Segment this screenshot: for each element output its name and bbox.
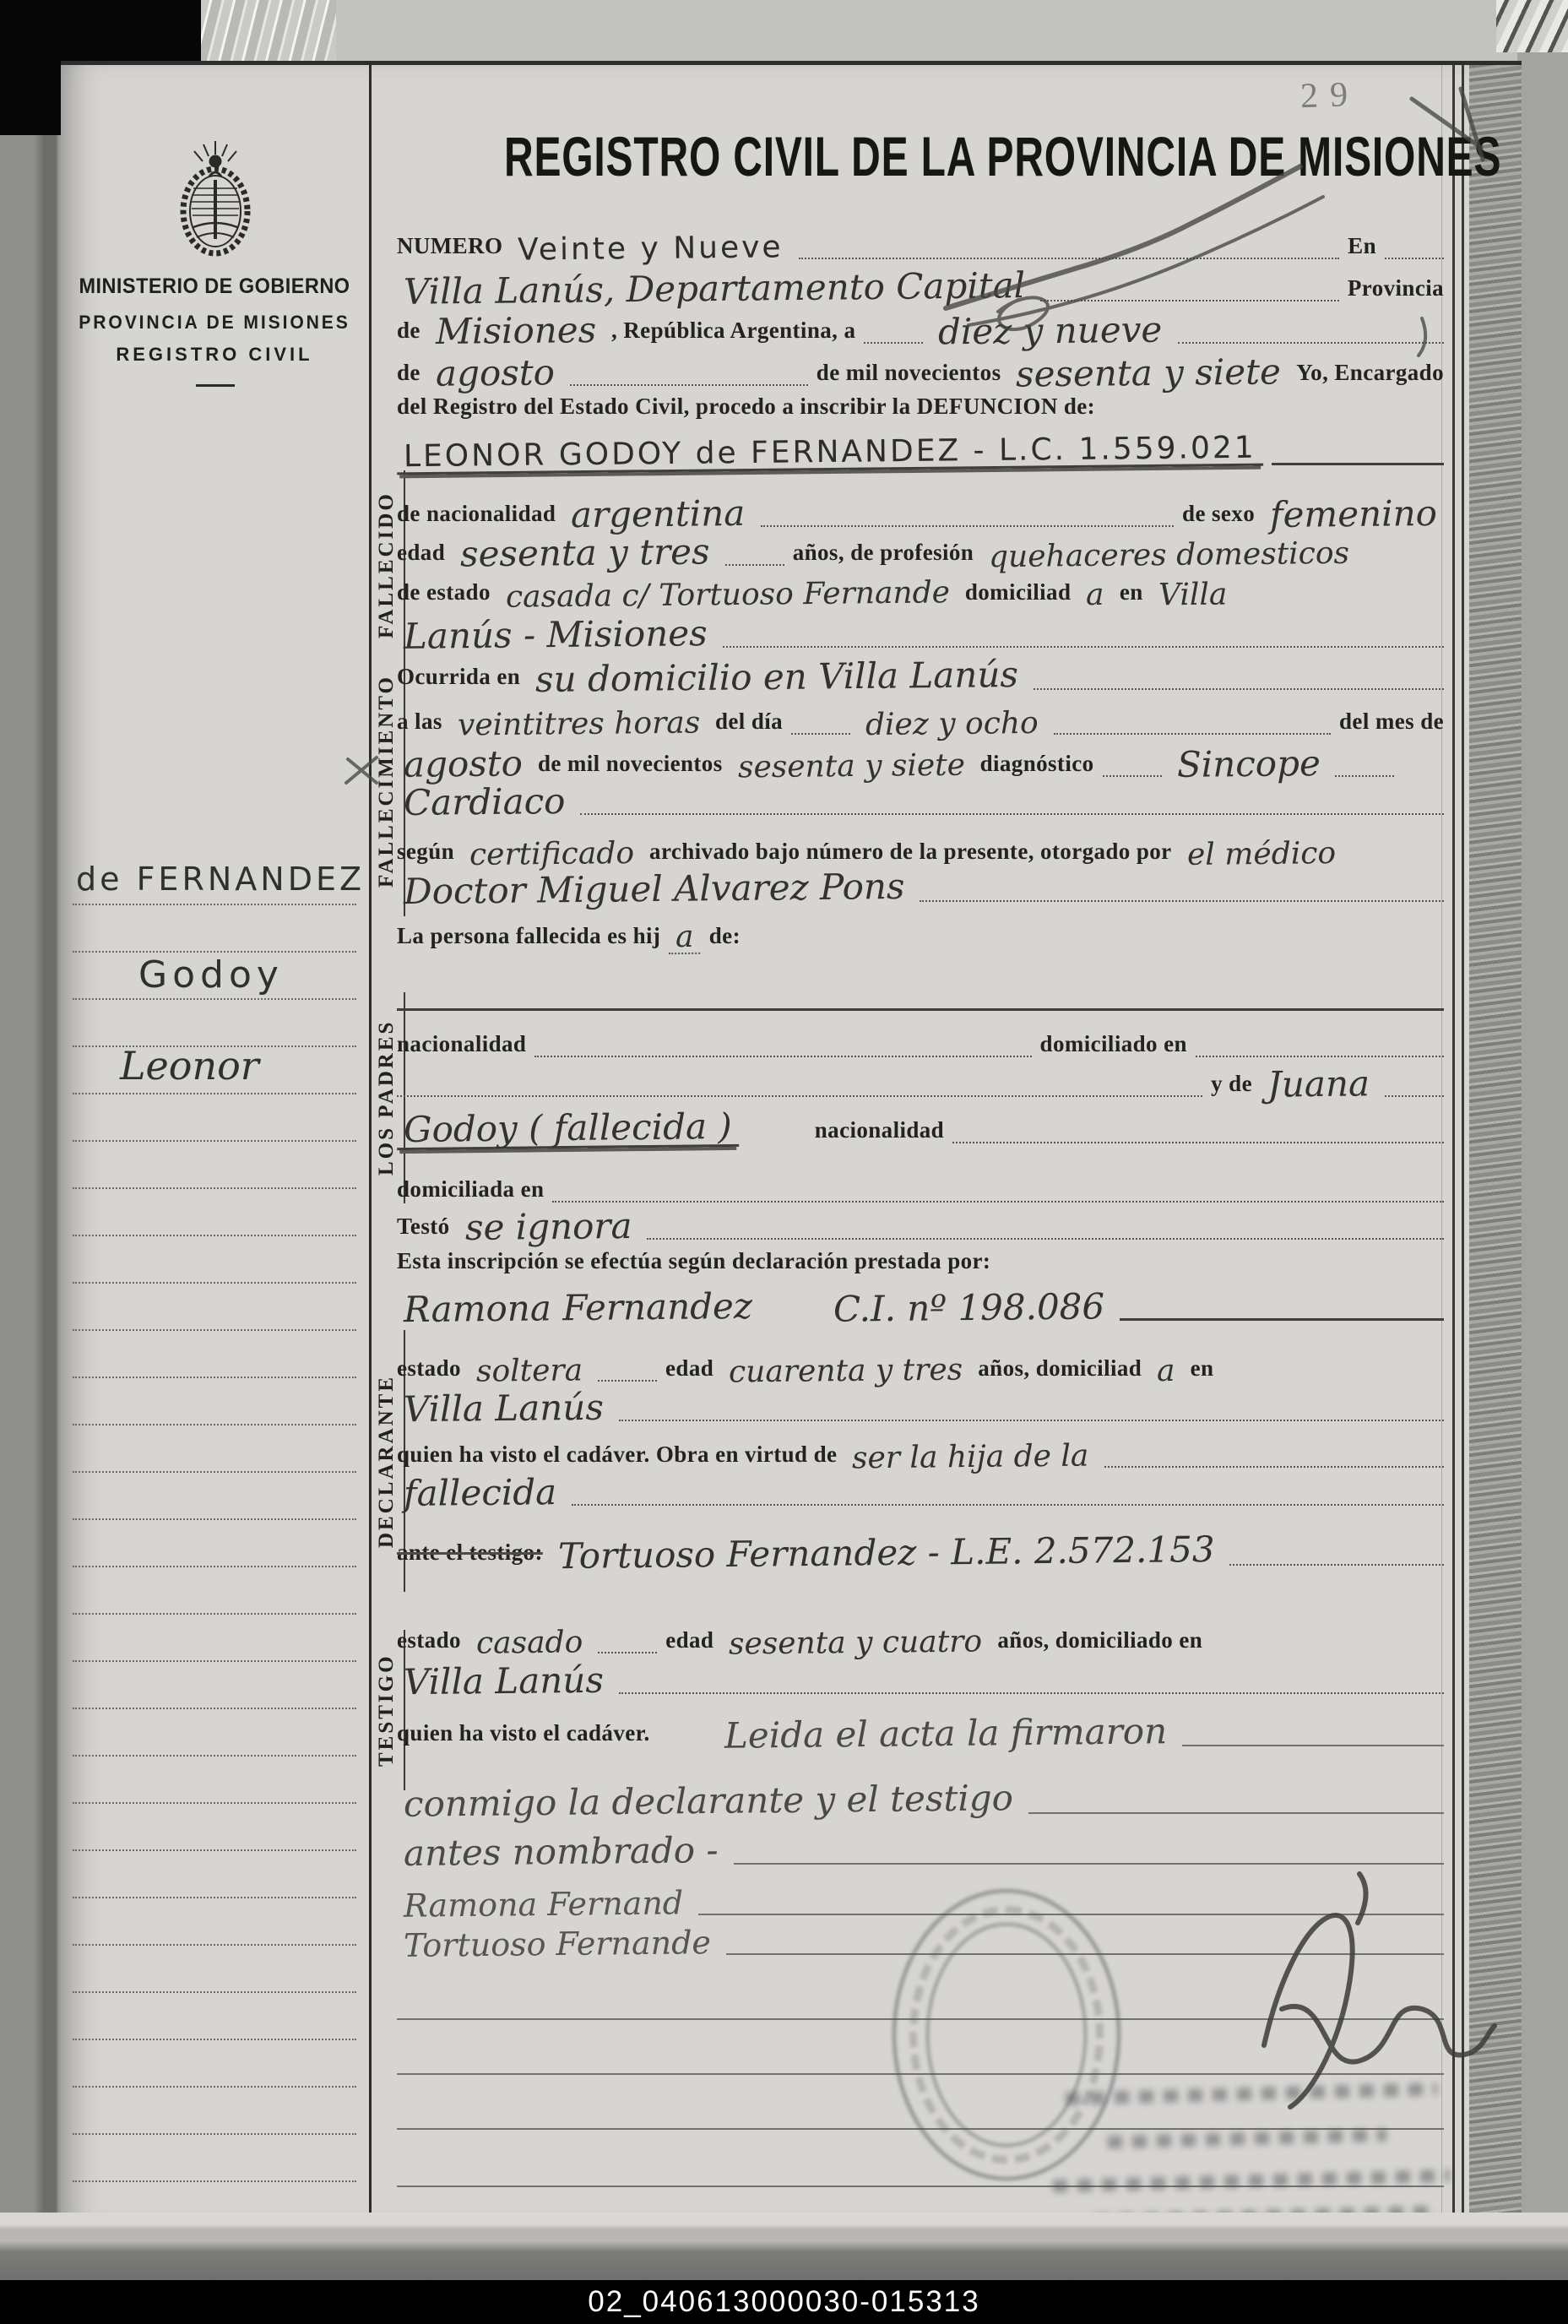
section-label: FALLECIMIENTO (375, 646, 399, 916)
rule-fill (619, 1692, 1444, 1694)
letterhead-ministry: MINISTERIO DE GOBIERNO (72, 274, 357, 299)
cierre2-value: conmigo la declarante y el testigo (397, 1780, 1020, 1822)
rule-fill (1229, 1564, 1444, 1566)
rule-fill (1196, 1056, 1444, 1057)
declarante-documento-value: C.I. nº 198.086 (827, 1289, 1112, 1328)
rule-fill (1182, 1745, 1444, 1746)
row-testo: Testó se ignora (397, 1201, 1444, 1245)
rule-fill (791, 733, 850, 735)
margin-surname: de FERNANDEZ (76, 857, 365, 899)
rule-fill (864, 342, 923, 344)
row-edad: edad sesenta y tres años, de profesión q… (397, 527, 1444, 571)
testigo-domicilio-value: Villa Lanús (397, 1663, 610, 1701)
row-provincia: de Misiones , República Argentina, a die… (397, 305, 1444, 349)
row-lugar: Villa Lanús, Departamento Capital Provin… (397, 263, 1444, 307)
row-testigo-nombre: ante el testigo: Tortuoso Fernandez - L.… (397, 1527, 1444, 1571)
virtud2-value: fallecida (397, 1474, 564, 1512)
scan-footer-bar: 02_040613000030-015313 (0, 2280, 1568, 2324)
testo-label: Testó (397, 1214, 450, 1245)
estado-label: de estado (397, 579, 491, 611)
margin-surname-text: de FERNANDEZ (76, 861, 365, 898)
ante-testigo-label: ante el testigo: (397, 1539, 543, 1571)
mesde-label: del mes de (1339, 709, 1444, 740)
official-round-stamp (893, 1889, 1120, 2180)
rule-fill (572, 1504, 1444, 1506)
row-estado: de estado casada c/ Tortuoso Fernande do… (397, 567, 1444, 611)
estado-label: estado (397, 1627, 461, 1659)
dia-numero-value: diez y ocho (859, 709, 1045, 741)
rule-fill (1034, 688, 1444, 690)
rule-fill (580, 813, 1444, 815)
villa-value: Villa (1151, 579, 1234, 611)
hora-value: veintitres horas (451, 708, 708, 741)
row-declarante-estado: estado soltera edad cuarenta y tres años… (397, 1343, 1444, 1387)
plastic-wrap-texture (201, 0, 336, 64)
row-cierre2: conmigo la declarante y el testigo (397, 1775, 1444, 1819)
form-right-border (1452, 65, 1464, 2217)
row-inscripcion: Esta inscripción se efectúa según declar… (397, 1242, 1444, 1279)
mes-value: agosto (429, 355, 562, 392)
de-label: de (397, 360, 420, 391)
de-label: de (397, 318, 420, 349)
cierre3-value: antes nombrado - (397, 1833, 725, 1871)
ocurrida-value: su domicilio en Villa Lanús (529, 657, 1025, 698)
letterhead-province: PROVINCIA DE MISIONES (68, 312, 361, 334)
rule-fill (647, 1238, 1444, 1240)
difunto-value: LEONOR GODOY de FERNANDEZ - L.C. 1.559.0… (397, 433, 1263, 475)
rule-fill (1120, 1318, 1444, 1321)
dia-value: diez y nueve (931, 312, 1169, 350)
register-page: MINISTERIO DE GOBIERNO PROVINCIA DE MISI… (61, 61, 1522, 2224)
rule-fill (725, 564, 784, 566)
row-declarante-nombre: Ramona Fernandez C.I. nº 198.086 (397, 1277, 1444, 1326)
alas-label: a las (397, 709, 442, 740)
row-cierre3: antes nombrado - (397, 1826, 1444, 1870)
rule-fill (1028, 1812, 1444, 1814)
page-bottom-edge (0, 2213, 1568, 2282)
hija-value: a (669, 922, 701, 954)
inscripcion-label: Esta inscripción se efectúa según declar… (397, 1248, 990, 1279)
numero-label: NUMERO (397, 233, 502, 264)
declarante-domicilio-value: Villa Lanús (397, 1390, 610, 1428)
row-declarante-domicilio: Villa Lanús (397, 1382, 1444, 1426)
cierre1-value: Leida el acta la firmaron (717, 1713, 1174, 1754)
page-stack-edge (1469, 65, 1522, 2224)
rule-fill (723, 646, 1444, 648)
rule-fill (1385, 1095, 1444, 1097)
margin-divider-rule (369, 65, 372, 2217)
rule-fill (598, 1380, 657, 1382)
dia-label: del día (715, 709, 783, 740)
rule-fill (799, 258, 1339, 259)
row-medico: Doctor Miguel Alvarez Pons (397, 863, 1444, 907)
domiciliado-label: años, domiciliado en (997, 1627, 1202, 1659)
rule-fill (570, 384, 808, 386)
coat-of-arms-icon (173, 139, 258, 266)
domiciliad-a-value: a (1079, 580, 1111, 611)
anio-value: sesenta y siete (1009, 354, 1288, 392)
testigo-signature: Tortuoso Fernande (397, 1926, 718, 1962)
section-label: TESTIGO (375, 1630, 399, 1790)
visto-label: quien ha visto el cadáver. (397, 1720, 650, 1751)
rule-fill (397, 1095, 1202, 1097)
row-ocurrida: Ocurrida en su domicilio en Villa Lanús (397, 651, 1444, 695)
corner-tab (1496, 0, 1568, 52)
rule-fill (619, 1420, 1444, 1421)
madre-apellido-value: Godoy ( fallecida ) (397, 1109, 739, 1150)
row-difunto: LEONOR GODOY de FERNANDEZ - L.C. 1.559.0… (397, 418, 1444, 470)
margin-ruled-lines (73, 904, 356, 2228)
hija-label: La persona fallecida es hij (397, 923, 660, 954)
ocurrida-label: Ocurrida en (397, 664, 520, 695)
scan-background-right (1517, 0, 1568, 2324)
page-title: REGISTRO CIVIL DE LA PROVINCIA DE MISION… (504, 125, 1348, 189)
estado-value: casada c/ Tortuoso Fernande (499, 578, 957, 613)
yde-label: y de (1211, 1071, 1252, 1102)
row-cierre1: quien ha visto el cadáver. Leida el acta… (397, 1708, 1444, 1751)
row-nacionalidad: de nacionalidad argentina de sexo femeni… (397, 488, 1444, 532)
rule-fill (397, 1008, 1444, 1011)
de-label: de: (709, 923, 741, 954)
rule-fill (920, 900, 1444, 902)
rule-fill (1272, 463, 1444, 465)
en-label: en (1120, 579, 1143, 611)
rule-fill (1385, 258, 1444, 259)
rule-fill (1040, 300, 1339, 301)
rule-fill (1054, 733, 1331, 735)
row-madre-apellido: Godoy ( fallecida ) nacionalidad (397, 1105, 1444, 1148)
testigo-nombre-value: Tortuoso Fernandez - L.E. 2.572.153 (551, 1532, 1222, 1574)
margin-first-name: Leonor (120, 1043, 259, 1089)
rule-fill (598, 1652, 657, 1653)
madre-nombre-value: Juana (1261, 1066, 1376, 1102)
section-label: LOS PADRES (375, 992, 399, 1203)
testo-value: se ignora (458, 1208, 638, 1246)
margin-middle-name: Godoy (138, 953, 284, 996)
edad-label: edad (665, 1627, 713, 1659)
rule-fill (734, 1863, 1444, 1865)
section-label: DECLARANTE (375, 1330, 399, 1592)
row-domicilio2: Lanús - Misiones (397, 609, 1444, 653)
domicilio2-value: Lanús - Misiones (397, 616, 714, 654)
en-label: En (1348, 233, 1376, 264)
row-numero: NUMERO Veinte y Nueve En (397, 220, 1444, 264)
numero-value: Veinte y Nueve (511, 232, 790, 265)
madre-nacionalidad-label: nacionalidad (815, 1117, 944, 1148)
republica-label: , República Argentina, a (611, 318, 855, 349)
lugar-value: Villa Lanús, Departamento Capital (397, 268, 1033, 310)
rule-fill (534, 1056, 1031, 1057)
novecientos-label: de mil novecientos (817, 360, 1001, 391)
declarante-nombre-value: Ramona Fernandez (397, 1289, 759, 1328)
scan-background-left (0, 0, 66, 2324)
provincia-value: Misiones (429, 312, 604, 350)
encargado-label: Yo, Encargado (1296, 360, 1444, 391)
row-testigo-domicilio: Villa Lanús (397, 1655, 1444, 1699)
letterhead-office: REGISTRO CIVIL (62, 344, 366, 366)
provincia-label: Provincia (1348, 275, 1444, 307)
row-hija: La persona fallecida es hij a de: (397, 910, 1444, 954)
diagnostico2-value: Cardiaco (397, 784, 572, 821)
medico-value: Doctor Miguel Alvarez Pons (397, 869, 912, 910)
row-madre-nombre: y de Juana (397, 1058, 1444, 1102)
row-padre-blank (397, 972, 1444, 1016)
act-number-stamp: 29 (1299, 74, 1360, 117)
row-testigo-estado: estado casado edad sesenta y cuatro años… (397, 1615, 1444, 1659)
row-mes: de agosto de mil novecientos sesenta y s… (397, 347, 1444, 391)
domiciliad-label: domiciliad (965, 579, 1072, 611)
rule-fill (952, 1142, 1444, 1143)
row-padre-nacionalidad: nacionalidad domiciliado en (397, 1018, 1444, 1062)
rule-fill (1178, 342, 1444, 344)
row-diagnostico2: Cardiaco (397, 776, 1444, 820)
row-hora: a las veintitres horas del día diez y oc… (397, 696, 1444, 740)
row-virtud2: fallecida (397, 1467, 1444, 1511)
section-label: FALLECIDO (375, 470, 399, 660)
letterhead-dash (196, 384, 235, 387)
scan-id: 02_040613000030-015313 (588, 2285, 979, 2319)
